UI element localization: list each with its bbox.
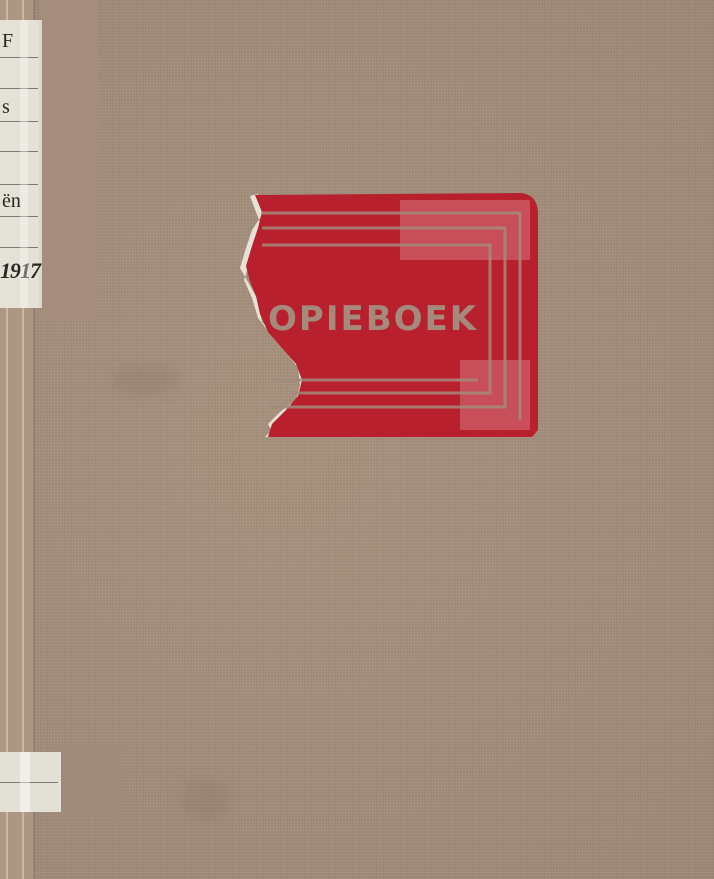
- wear-mark: [400, 200, 530, 260]
- red-title-label: OPIEBOEK: [0, 0, 714, 879]
- title-text: OPIEBOEK: [268, 299, 478, 339]
